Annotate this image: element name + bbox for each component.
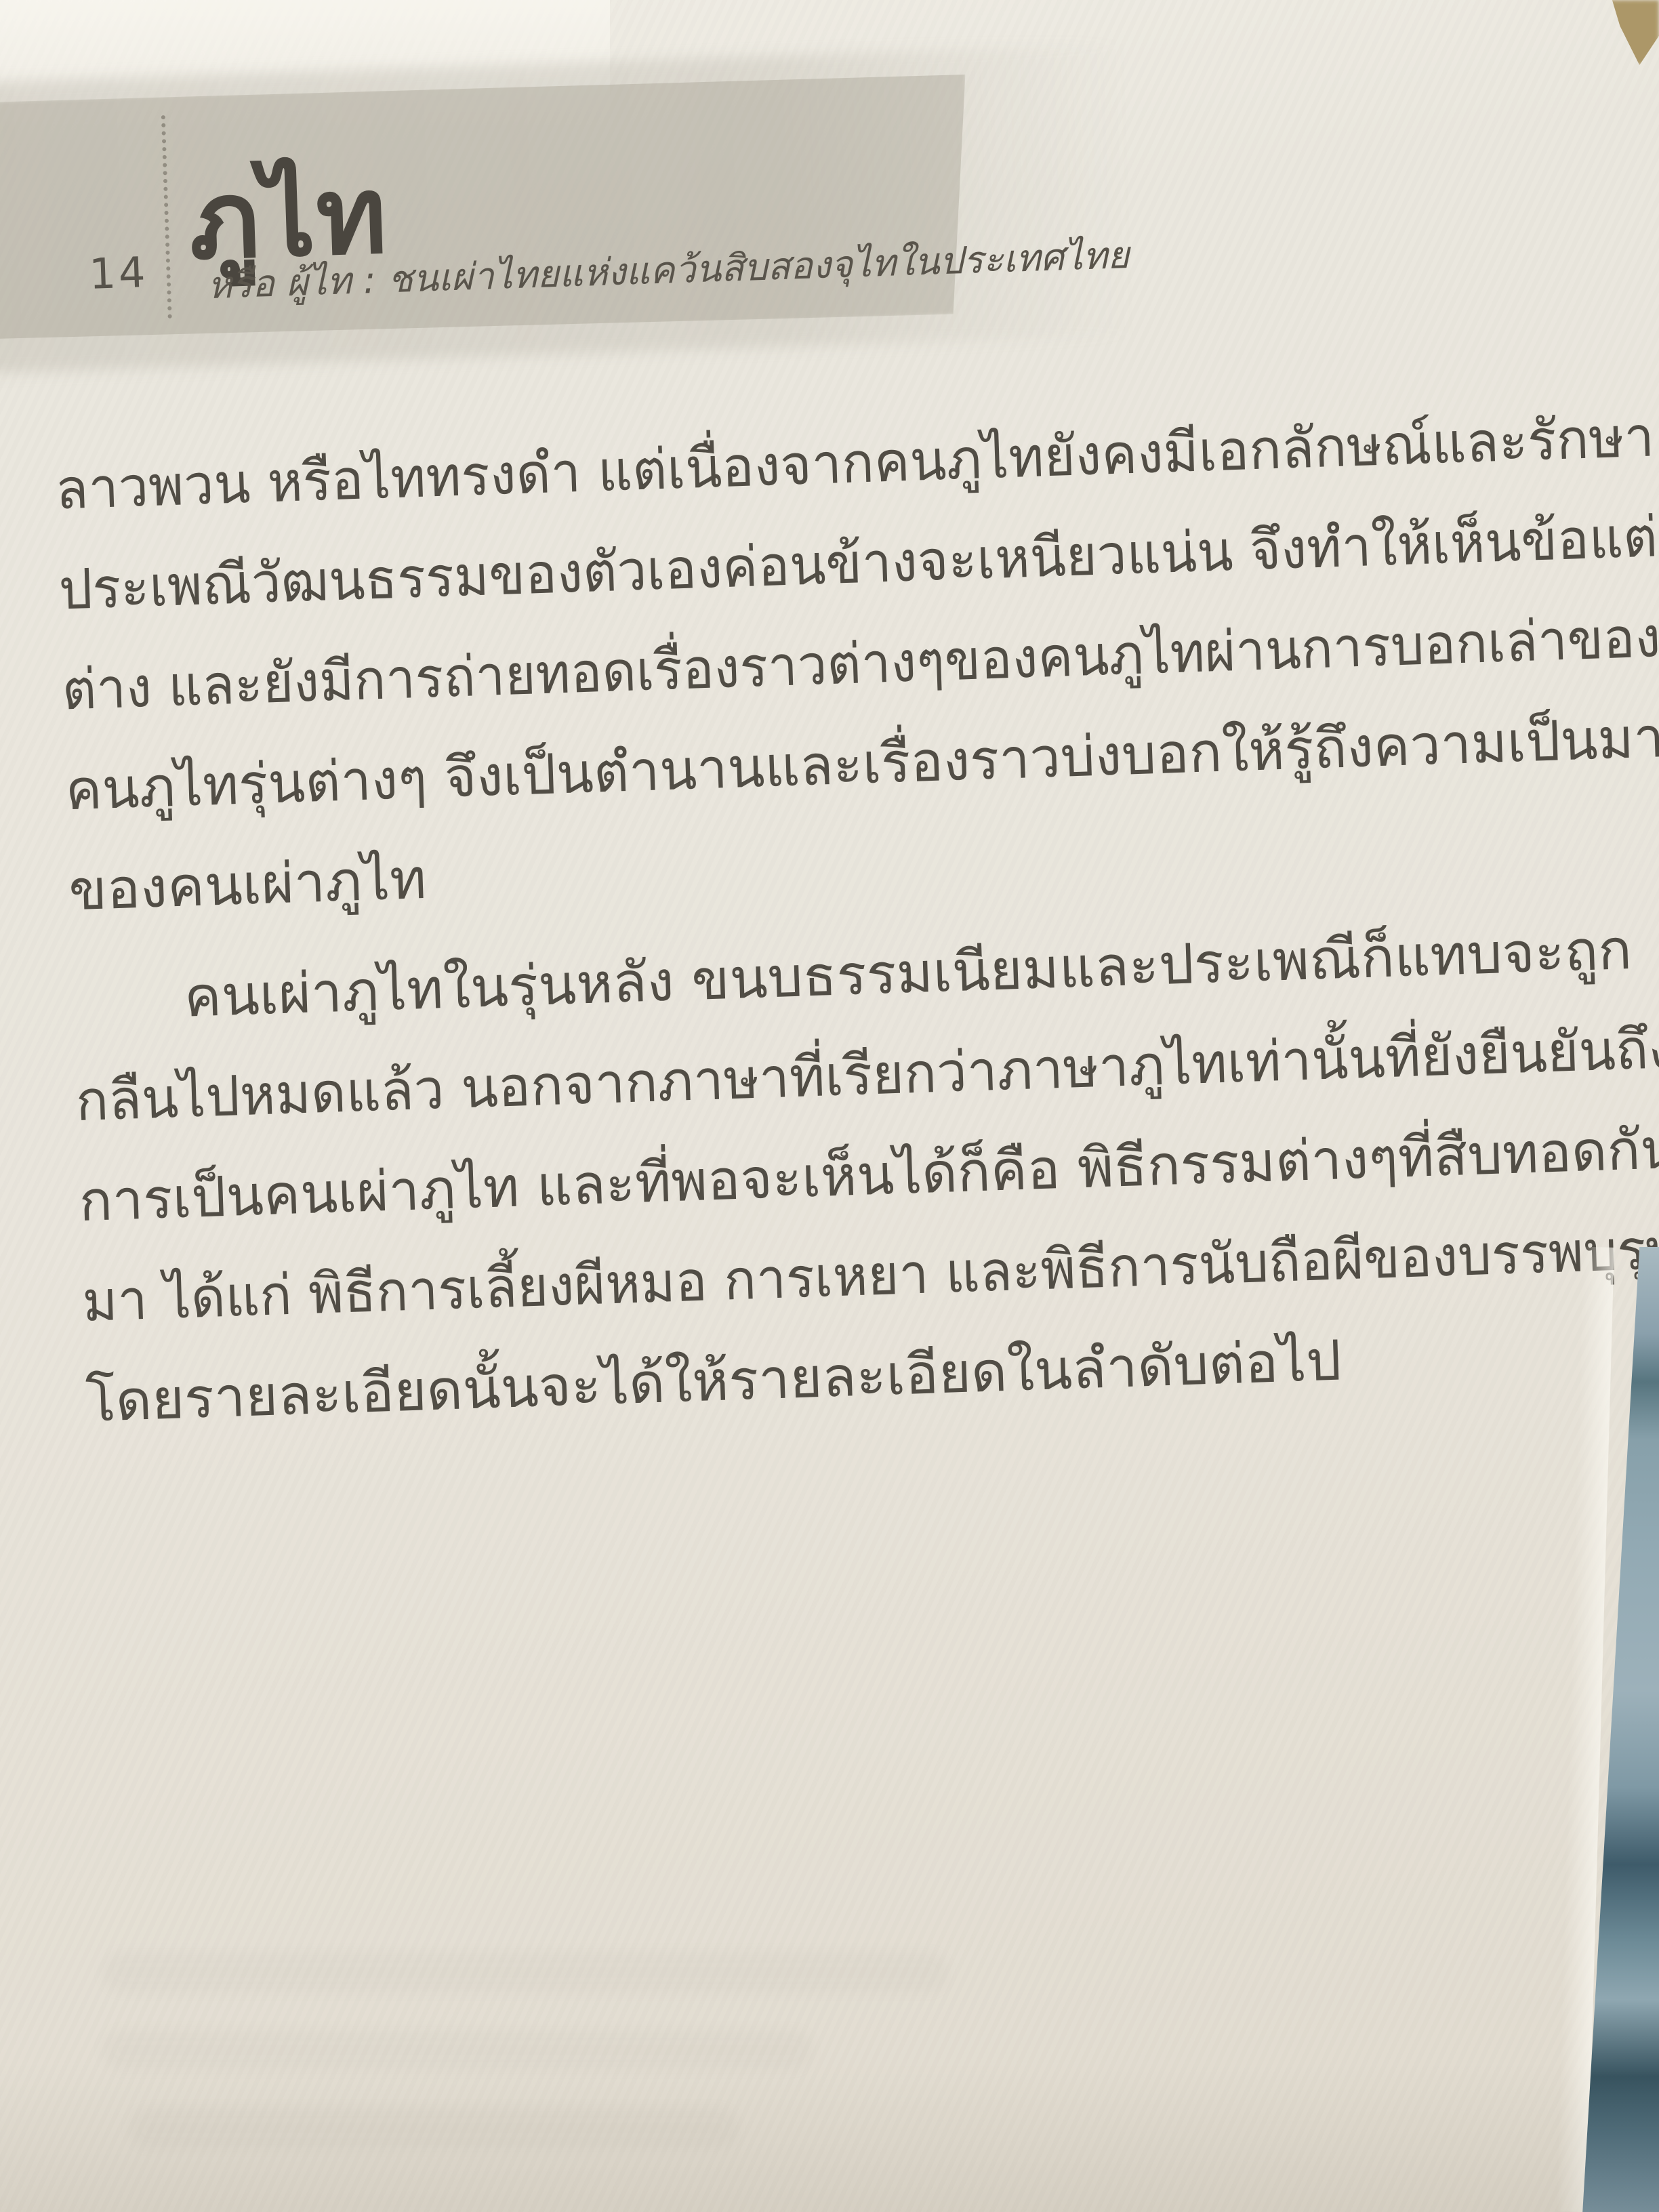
body-text: ลาวพวน หรือไททรงดำ แต่เนื่องจากคนภูไทยัง… [54, 387, 1659, 1452]
page-tilt-plane: 14 ภูไท หรือ ผู้ไท : ชนเผ่าไทยแห่งแคว้นส… [0, 0, 1659, 2211]
showthrough-ghost-line [102, 1952, 949, 1992]
paragraph: ลาวพวน หรือไททรงดำ แต่เนื่องจากคนภูไทยัง… [54, 387, 1659, 941]
bottom-shadow [0, 2063, 1659, 2212]
paragraph: คนเผ่าภูไทในรุ่นหลัง ขนบธรรมเนียมและประเ… [71, 899, 1659, 1453]
book-page-photo: 14 ภูไท หรือ ผู้ไท : ชนเผ่าไทยแห่งแคว้นส… [0, 0, 1659, 2212]
page-number: 14 [88, 247, 148, 299]
